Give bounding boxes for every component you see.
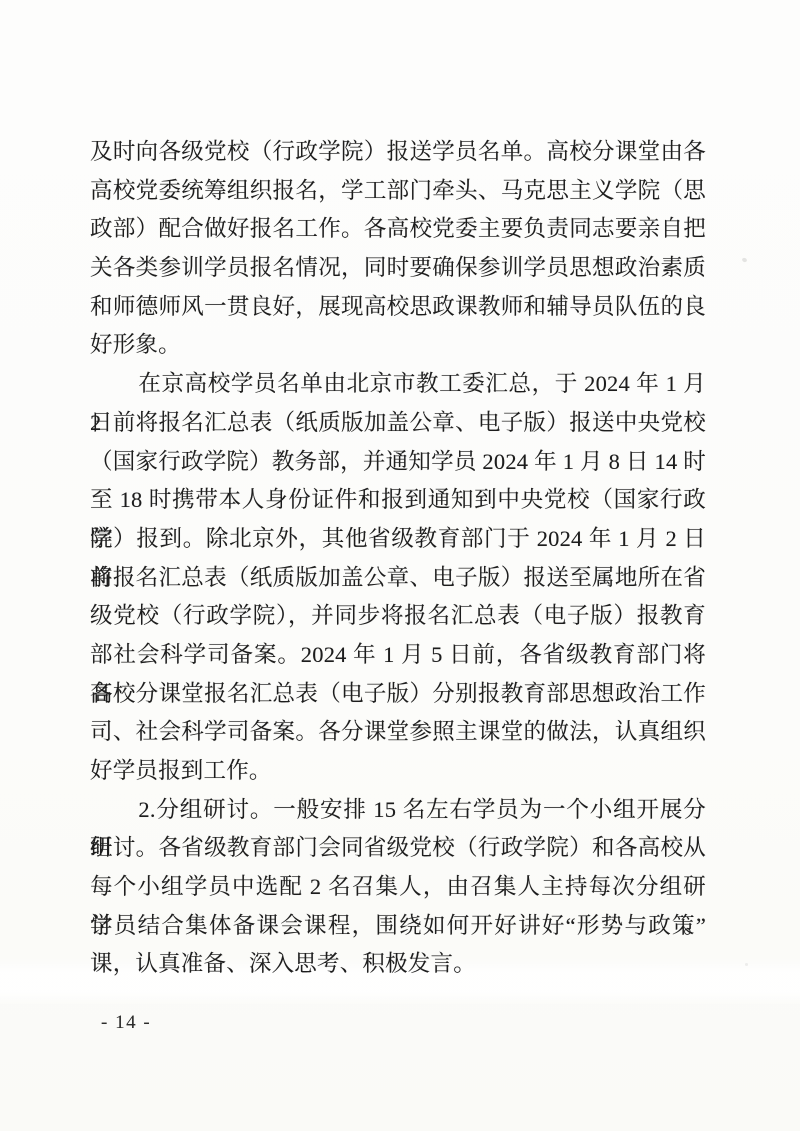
text-line: 至 18 时携带本人身份证件和报到通知到中央党校（国家行政学 bbox=[90, 481, 706, 520]
document-body: 及时向各级党校（行政学院）报送学员名单。高校分课堂由各高校党委统筹组织报名，学工… bbox=[90, 133, 706, 984]
text-line: 研讨。各省级教育部门会同省级党校（行政学院）和各高校从 bbox=[90, 829, 706, 868]
document-page: 及时向各级党校（行政学院）报送学员名单。高校分课堂由各高校党委统筹组织报名，学工… bbox=[0, 0, 800, 1131]
text-line: 课，认真准备、深入思考、积极发言。 bbox=[90, 945, 706, 984]
text-line: 及时向各级党校（行政学院）报送学员名单。高校分课堂由各 bbox=[90, 133, 706, 172]
text-line: 院）报到。除北京外，其他省级教育部门于 2024 年 1 月 2 日前 bbox=[90, 520, 706, 559]
text-line: 关各类参训学员报名情况，同时要确保参训学员思想政治素质 bbox=[90, 249, 706, 288]
text-line: 在京高校学员名单由北京市教工委汇总，于 2024 年 1 月 2 bbox=[90, 365, 706, 404]
text-line: 高校党委统筹组织报名，学工部门牵头、马克思主义学院（思 bbox=[90, 172, 706, 211]
text-line: 部社会科学司备案。2024 年 1 月 5 日前，各省级教育部门将各 bbox=[90, 636, 706, 675]
text-line: 司、社会科学司备案。各分课堂参照主课堂的做法，认真组织 bbox=[90, 713, 706, 752]
text-line: 级党校（行政学院），并同步将报名汇总表（电子版）报教育 bbox=[90, 597, 706, 636]
text-line: （国家行政学院）教务部，并通知学员 2024 年 1 月 8 日 14 时 bbox=[90, 443, 706, 482]
text-line: 将报名汇总表（纸质版加盖公章、电子版）报送至属地所在省 bbox=[90, 559, 706, 598]
scan-speck bbox=[741, 257, 747, 263]
text-line: 2.分组研讨。一般安排 15 名左右学员为一个小组开展分组 bbox=[90, 791, 706, 830]
text-line: 学员结合集体备课会课程，围绕如何开好讲好“形势与政策” bbox=[90, 907, 706, 946]
text-line: 每个小组学员中选配 2 名召集人，由召集人主持每次分组研讨。 bbox=[90, 868, 706, 907]
text-line: 日前将报名汇总表（纸质版加盖公章、电子版）报送中央党校 bbox=[90, 404, 706, 443]
text-line: 好形象。 bbox=[90, 326, 706, 365]
text-line: 高校分课堂报名汇总表（电子版）分别报教育部思想政治工作 bbox=[90, 675, 706, 714]
text-line: 政部）配合做好报名工作。各高校党委主要负责同志要亲自把 bbox=[90, 210, 706, 249]
text-line: 和师德师风一贯良好，展现高校思政课教师和辅导员队伍的良 bbox=[90, 288, 706, 327]
scan-speck bbox=[745, 963, 748, 966]
page-number: - 14 - bbox=[101, 1011, 151, 1035]
text-line: 好学员报到工作。 bbox=[90, 752, 706, 791]
